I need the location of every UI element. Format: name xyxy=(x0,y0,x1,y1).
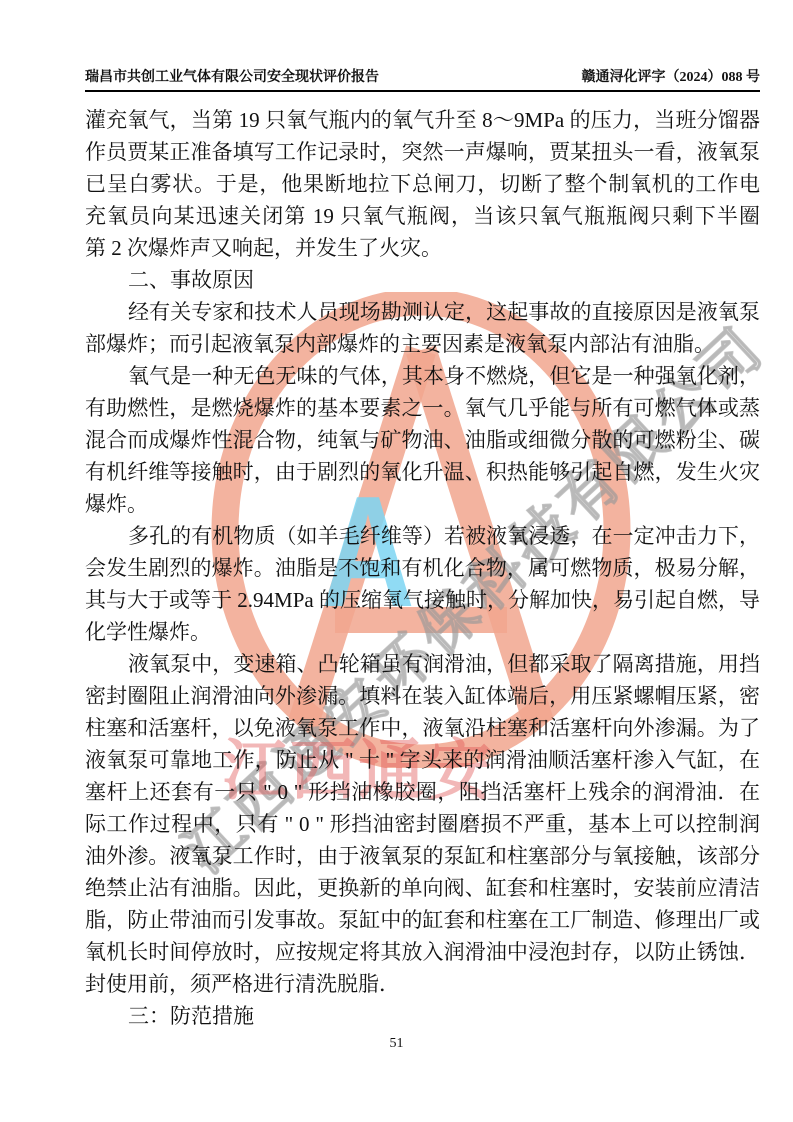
text-line: 脂，防止带油而引发事故。泵缸中的缸套和柱塞在工厂制造、修理出厂或制 xyxy=(85,904,760,936)
text-line: 灌充氧气，当第 19 只氧气瓶内的氧气升至 8～9MPa 的压力，当班分馏器操 xyxy=(85,104,760,136)
text-line: 已呈白雾状。于是，他果断地拉下总闸刀，切断了整个制氧机的工作电源。 xyxy=(85,168,760,200)
text-line: 密封圈阻止润滑油向外渗漏。填料在装入缸体端后，用压紧螺帽压紧，密封 xyxy=(85,680,760,712)
text-line: 有助燃性，是燃烧爆炸的基本要素之一。氧气几乎能与所有可燃气体或蒸气 xyxy=(85,392,760,424)
text-line: 氧气是一种无色无味的气体，其本身不燃烧，但它是一种强氧化剂，具 xyxy=(85,360,760,392)
text-line: 会发生剧烈的爆炸。油脂是不饱和有机化合物，属可燃物质，极易分解，当 xyxy=(85,552,760,584)
text-line: 作员贾某正准备填写工作记录时，突然一声爆响，贾某扭头一看，液氧泵处 xyxy=(85,136,760,168)
text-line: 封使用前，须严格进行清洗脱脂． xyxy=(85,968,760,1000)
section-heading: 三：防范措施 xyxy=(85,1000,760,1032)
page-number: 51 xyxy=(0,1036,793,1052)
text-line: 经有关专家和技术人员现场勘测认定，这起事故的直接原因是液氧泵内 xyxy=(85,296,760,328)
text-line: 充氧员向某迅速关闭第 19 只氧气瓶阀，当该只氧气瓶瓶阀只剩下半圈时， xyxy=(85,200,760,232)
text-line: 多孔的有机物质（如羊毛纤维等）若被液氧浸透，在一定冲击力下，就 xyxy=(85,520,760,552)
section-heading: 二、事故原因 xyxy=(85,264,760,296)
text-line: 第 2 次爆炸声又响起，并发生了火灾。 xyxy=(85,232,760,264)
text-line: 柱塞和活塞杆，以免液氧泵工作中，液氧沿柱塞和活塞杆向外渗漏。为了使 xyxy=(85,712,760,744)
header-report-title: 瑞昌市共创工业气体有限公司安全现状评价报告 xyxy=(85,66,379,86)
text-line: 其与大于或等于 2.94MPa 的压缩氧气接触时，分解加快，易引起自燃，导致 xyxy=(85,584,760,616)
text-line: 塞杆上还套有一只 " 0 " 形挡油橡胶圈，阻挡活塞杆上残余的润滑油．在实 xyxy=(85,776,760,808)
header-rule xyxy=(85,90,760,92)
text-line: 液氧泵中，变速箱、凸轮箱虽有润滑油，但都采取了隔离措施，用挡油 xyxy=(85,648,760,680)
text-line: 绝禁止沾有油脂。因此，更换新的单向阀、缸套和柱塞时，安装前应清洁脱 xyxy=(85,872,760,904)
text-line: 部爆炸；而引起液氧泵内部爆炸的主要因素是液氧泵内部沾有油脂。 xyxy=(85,328,760,360)
text-line: 际工作过程中，只有 " 0 " 形挡油密封圈磨损不严重，基本上可以控制润滑 xyxy=(85,808,760,840)
text-line: 液氧泵可靠地工作，防止从 " 十 " 字头来的润滑油顺活塞杆渗入气缸，在活 xyxy=(85,744,760,776)
text-line: 爆炸。 xyxy=(85,488,760,520)
body-text: 灌充氧气，当第 19 只氧气瓶内的氧气升至 8～9MPa 的压力，当班分馏器操作… xyxy=(85,104,760,1032)
header-document-number: 赣通浔化评字（2024）088 号 xyxy=(582,66,761,86)
text-line: 氧机长时间停放时，应按规定将其放入润滑油中浸泡封存，以防止锈蚀．启 xyxy=(85,936,760,968)
document-page: A 江西通安环保科技有限公司 江西通安 瑞昌市共创工业气体有限公司安全现状评价报… xyxy=(0,0,793,1122)
text-line: 化学性爆炸。 xyxy=(85,616,760,648)
text-line: 油外渗。液氧泵工作时，由于液氧泵的泵缸和柱塞部分与氧接触，该部分须 xyxy=(85,840,760,872)
text-line: 混合而成爆炸性混合物，纯氧与矿物油、油脂或细微分散的可燃粉尘、碳粉、 xyxy=(85,424,760,456)
text-line: 有机纤维等接触时，由于剧烈的氧化升温、积热能够引起自燃，发生火灾或 xyxy=(85,456,760,488)
page-header: 瑞昌市共创工业气体有限公司安全现状评价报告 赣通浔化评字（2024）088 号 xyxy=(85,66,760,88)
